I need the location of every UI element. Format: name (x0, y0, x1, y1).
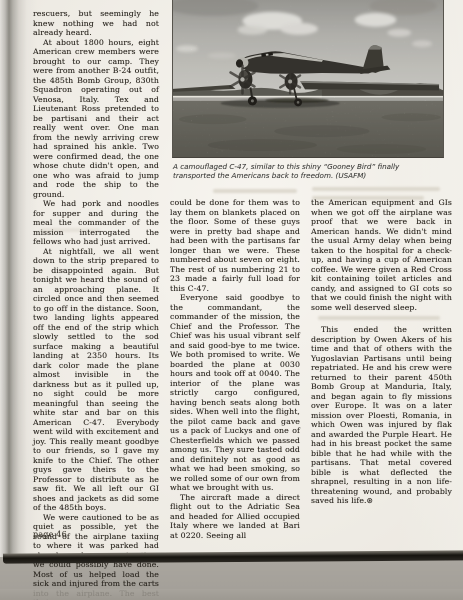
bleed-through-text (213, 189, 297, 193)
article-paragraph: Everyone said goodbye to the commandant,… (170, 293, 300, 493)
article-paragraph: rescuers, but seemingly he knew nothing … (33, 9, 159, 38)
article-paragraph: We had pork and noodles for supper and d… (33, 199, 159, 247)
end-of-article-icon: ⊛ (367, 496, 373, 505)
text-column-right: the American equipment and GIs when we g… (311, 198, 452, 506)
text-column-middle: could be done for them was to lay them o… (170, 198, 300, 540)
article-paragraph: the American equipment and GIs when we g… (311, 198, 452, 312)
article-paragraph: At about 1800 hours, eight American crew… (33, 38, 159, 200)
article-paragraph-text: This ended the written description by Ow… (311, 325, 452, 505)
c47-photo (172, 0, 444, 158)
scanned-page-screenshot: A camouflaged C-47, similar to this shin… (0, 0, 463, 600)
bleed-through-text (312, 187, 440, 191)
photo-figure: A camouflaged C-47, similar to this shin… (172, 0, 444, 180)
article-closing-note: This ended the written description by Ow… (311, 325, 452, 506)
photo-caption: A camouflaged C-47, similar to this shin… (173, 162, 443, 180)
c47-photo-illustration (173, 0, 443, 157)
article-paragraph: could be done for them was to lay them o… (170, 198, 300, 293)
scanner-background (0, 589, 463, 600)
article-paragraph: The aircraft made a direct flight out to… (170, 493, 300, 541)
page-bottom-edge (3, 550, 463, 563)
text-column-left: rescuers, but seemingly he knew nothing … (33, 9, 159, 600)
article-paragraph: At nightfall, we all went down to the st… (33, 247, 159, 513)
page-number-label: page 46 (33, 530, 67, 539)
